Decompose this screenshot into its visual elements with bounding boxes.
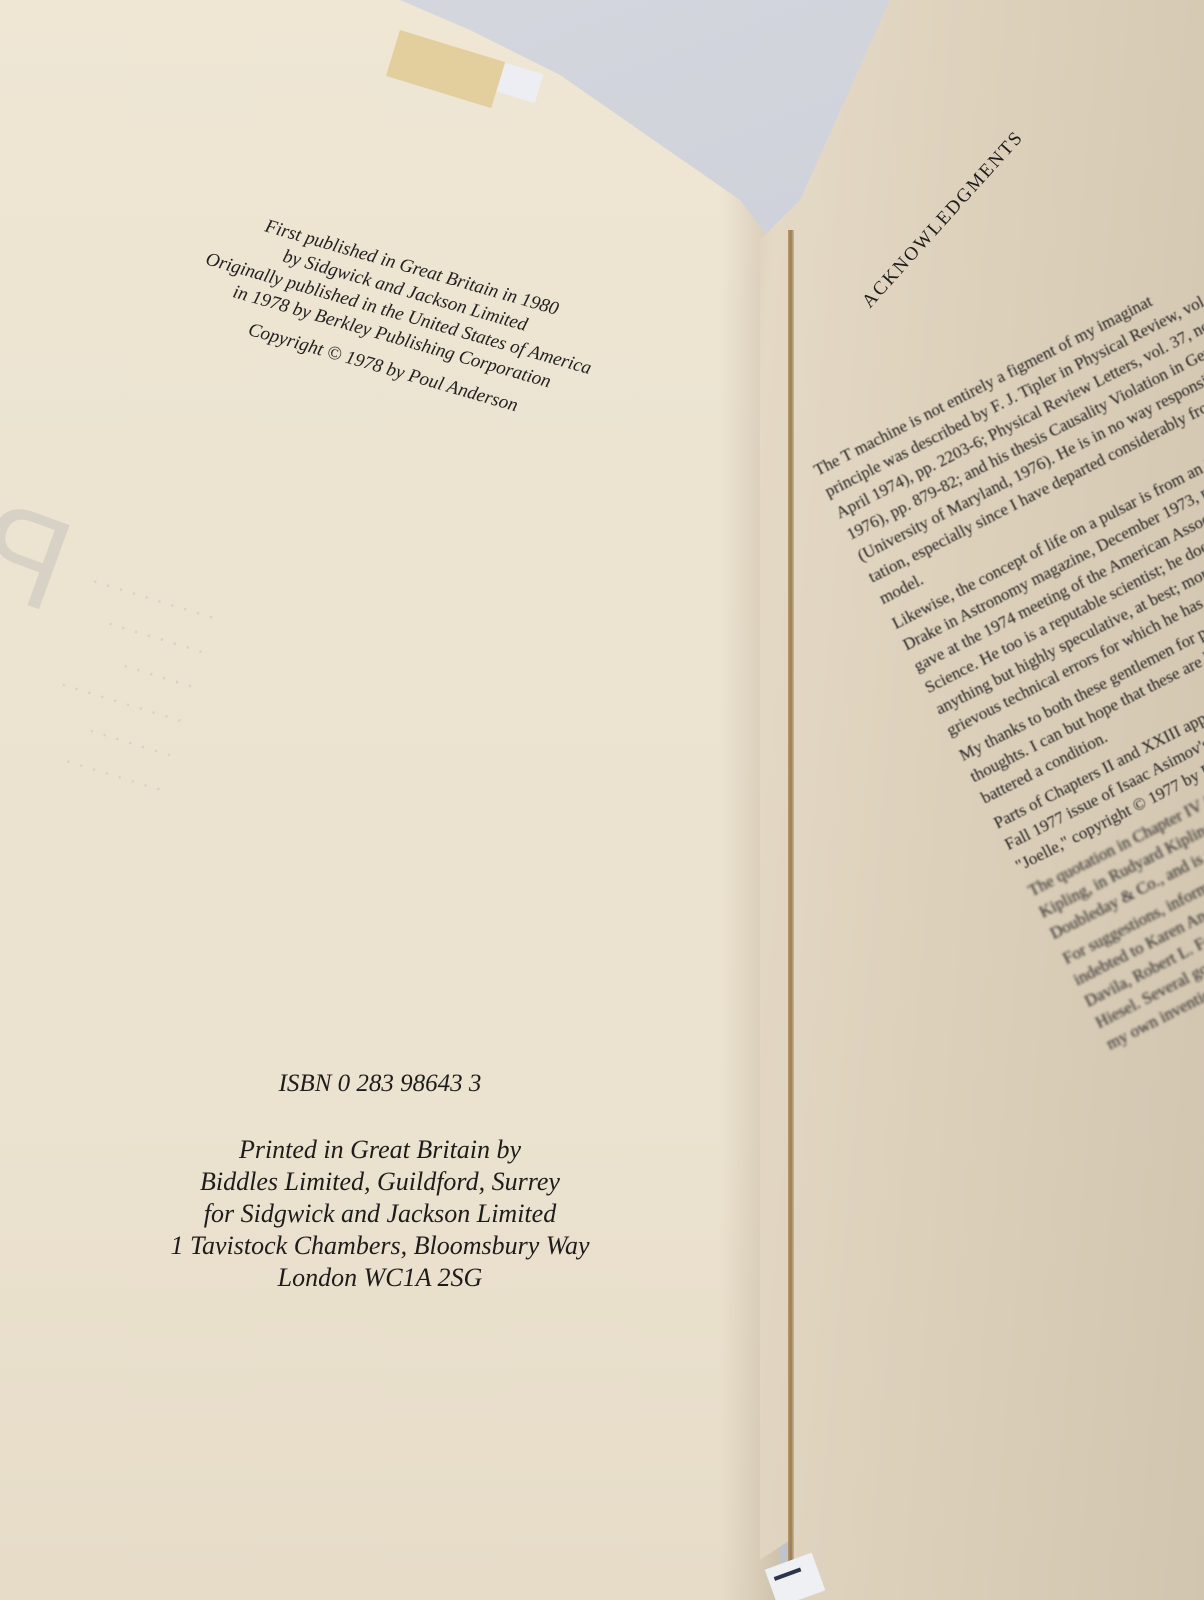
show-through-title: POUL ANDERSON (0, 92, 90, 641)
printer-line: Biddles Limited, Guildford, Surrey (100, 1166, 660, 1198)
printer-line: for Sidgwick and Jackson Limited (100, 1198, 660, 1230)
book-gutter (788, 230, 794, 1600)
printer-info-block: ISBN 0 283 98643 3 Printed in Great Brit… (100, 1070, 660, 1294)
show-through-lines: · · · · · · · · · · · · · · · · · · · · … (34, 562, 220, 806)
printer-line: Printed in Great Britain by (100, 1134, 660, 1166)
printer-line: London WC1A 2SG (100, 1262, 660, 1294)
left-page-copyright: POUL ANDERSON · · · · · · · · · · · · · … (0, 0, 780, 1600)
printer-line: 1 Tavistock Chambers, Bloomsbury Way (100, 1230, 660, 1262)
isbn: ISBN 0 283 98643 3 (100, 1070, 660, 1098)
publication-info-block: First published in Great Britain in 1980… (130, 185, 665, 451)
